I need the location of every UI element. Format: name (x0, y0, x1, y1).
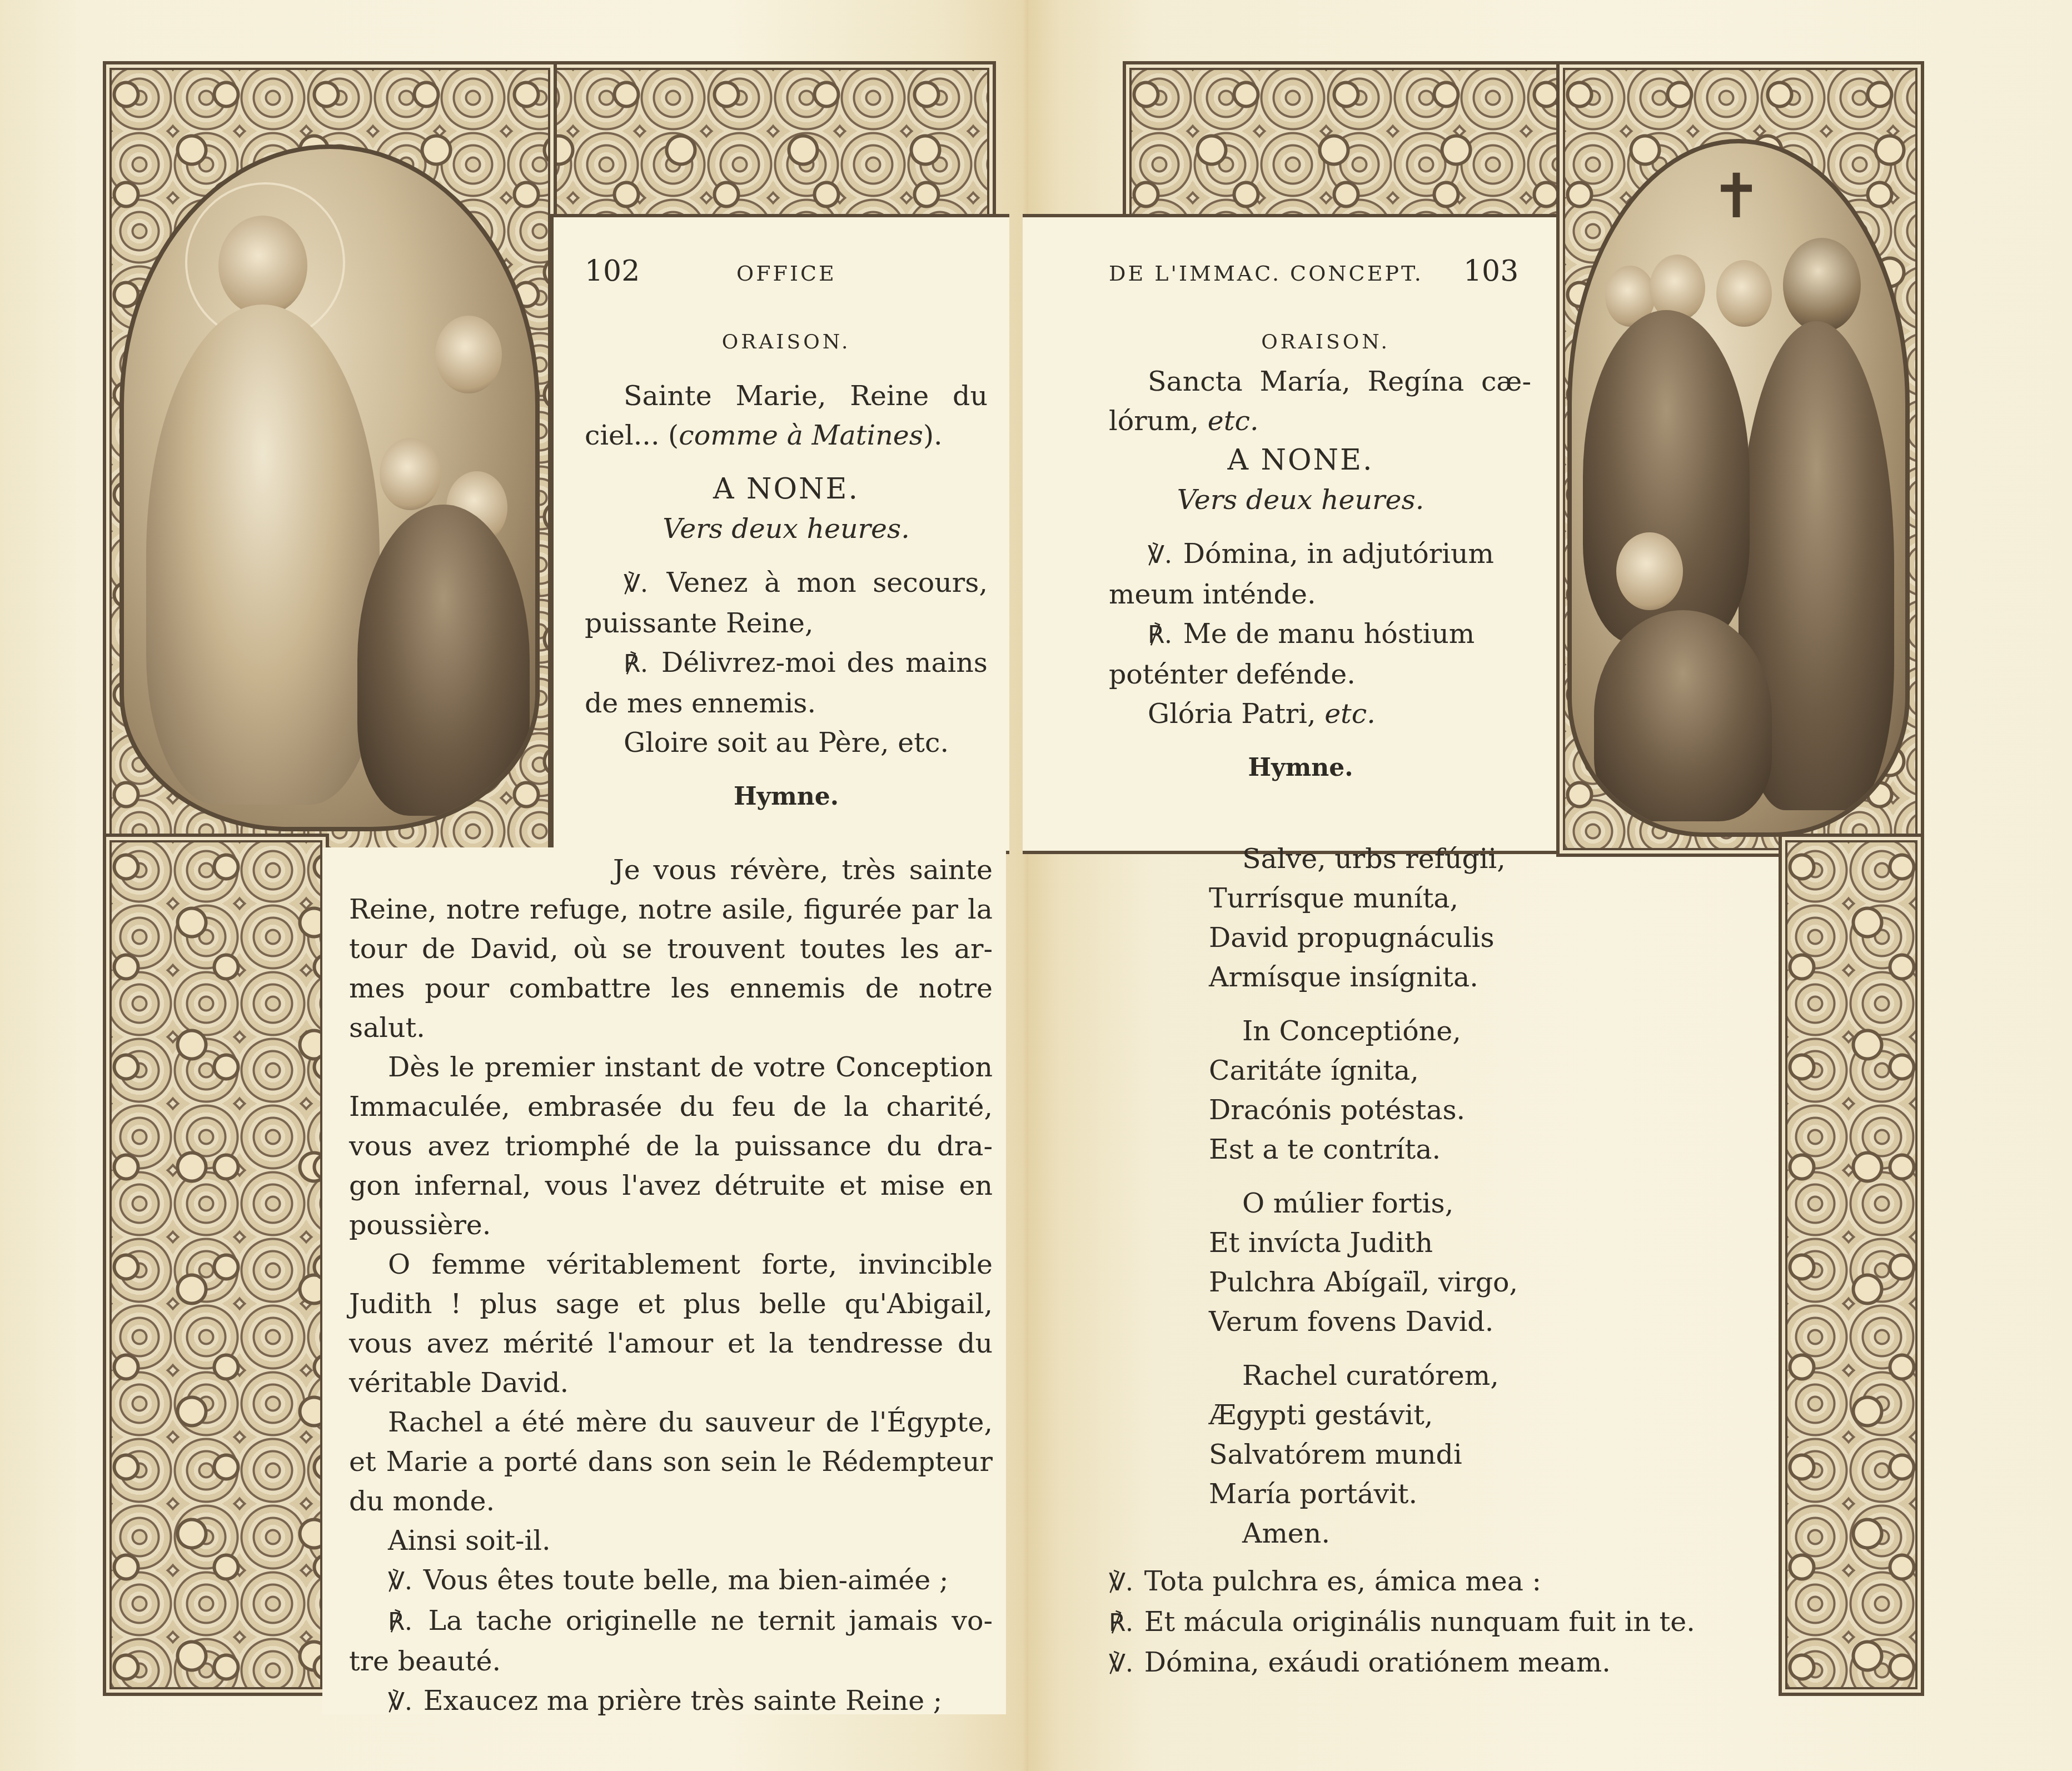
man-figure-head (1716, 260, 1772, 327)
hymn-line: Judith ! plus sage et plus belle qu'Abig… (349, 1284, 993, 1324)
woman-figure-robe (357, 505, 530, 816)
hymn-line: et Marie a porté dans son sein le Rédemp… (349, 1442, 993, 1481)
left-page: 102 OFFICE ORAISON. Sainte Marie, Reine … (0, 0, 1028, 1771)
hymn-line: du monde. (349, 1481, 993, 1521)
left-upper-text: ORAISON. Sainte Marie, Reine du ciel... … (585, 322, 988, 816)
verse-line: Caritáte ígnita, (1209, 1051, 1709, 1090)
versicle-icon: ℣. (388, 1688, 412, 1716)
verse-line: Salvatórem mundi (1209, 1435, 1709, 1474)
versicle-icon: ℣. (388, 1567, 412, 1595)
oraison-line: Sainte Marie, Reine du (585, 376, 988, 416)
left-ornamental-border-side (103, 834, 329, 1696)
saint-figure-head (218, 216, 307, 316)
response-line: ℟. La tache originelle ne ternit jamais … (349, 1601, 993, 1642)
response-line: ℟. Délivrez-moi des mains (585, 643, 988, 684)
oraison-heading: ORAISON. (585, 322, 988, 362)
left-lower-text: Je vous révère, très sainte Reine, notre… (349, 850, 993, 1722)
verse-line: In Conceptióne, (1209, 1011, 1709, 1051)
versicle-line: puissante Reine, (585, 603, 988, 643)
woman-figure-head (380, 438, 441, 510)
versicle-line: ℣. Dómina, exáudi oratiónem meam. (1109, 1643, 1776, 1683)
response-line: de mes ennemis. (585, 684, 988, 723)
versicle-line: meum inténde. (1109, 575, 1542, 614)
hymn-line: Dès le premier instant de votre Concepti… (349, 1047, 993, 1087)
kneeling-man-head (1616, 532, 1683, 610)
response-icon: ℟. (1109, 1609, 1133, 1637)
open-book-spread: 102 OFFICE ORAISON. Sainte Marie, Reine … (0, 0, 2072, 1771)
verse-line: David propugnáculis (1209, 918, 1709, 957)
hymn-line: gon infernal, vous l'avez détruite et mi… (349, 1166, 993, 1205)
versicle-line: ℣. Exaucez ma prière très sainte Reine ; (349, 1681, 993, 1722)
amen-line: Ainsi soit-il. (349, 1521, 993, 1560)
verse-line: María portávit. (1209, 1474, 1709, 1514)
running-head: OFFICE (736, 261, 836, 286)
hymn-line: vous avez mérité l'amour et la tendresse… (349, 1324, 993, 1363)
verse-line: Armísque insígnita. (1209, 957, 1709, 997)
versicle-icon: ℣. (1148, 541, 1172, 569)
versicle-line: ℣. Venez à mon secours, (585, 563, 988, 603)
verse-line: Dracónis potéstas. (1209, 1090, 1709, 1130)
woman-figure-head (435, 316, 502, 393)
right-upper-text: ORAISON. Sancta María, Regína cæ- lórum,… (1109, 322, 1542, 787)
hymn-line: Reine, notre refuge, notre asile, figuré… (349, 890, 993, 929)
crucifix-icon: ✝ (1711, 166, 1762, 227)
right-ornamental-border-side (1779, 834, 1924, 1696)
hymn-line: vous avez triomphé de la puissance du dr… (349, 1126, 993, 1166)
hymn-line: véritable David. (349, 1363, 993, 1403)
saint-figure-robe (146, 305, 380, 805)
hymn-line: salut. (349, 1008, 993, 1047)
verse-line: Ægypti gestávit, (1209, 1395, 1709, 1435)
section-heading: A NONE. (585, 470, 988, 509)
right-closing-versicles: ℣. Tota pulchra es, ámica mea : ℟. Et má… (1109, 1562, 1776, 1683)
hymn-line: mes pour combattre les ennemis de notre (349, 969, 993, 1008)
response-icon: ℟. (624, 650, 648, 678)
versicle-icon: ℣. (1109, 1649, 1133, 1678)
versicle-line: ℣. Vous êtes toute belle, ma bien-aimée … (349, 1560, 993, 1601)
response-icon: ℟. (1148, 621, 1172, 649)
hymn-line: poussière. (349, 1205, 993, 1245)
versicle-icon: ℣. (1109, 1568, 1133, 1597)
versicle-line: ℣. Dómina, in adjutórium (1109, 534, 1542, 575)
gloria-line: Gloire soit au Père, etc. (585, 723, 988, 762)
page-number: 102 (585, 255, 640, 288)
response-line: tre beauté. (349, 1642, 993, 1681)
versicle-line: ℣. Tota pulchra es, ámica mea : (1109, 1562, 1776, 1602)
hymn-line: Rachel a été mère du sauveur de l'Égypte… (349, 1403, 993, 1442)
section-subheading: Vers deux heures. (1109, 480, 1492, 520)
right-hymn-verse: Salve, urbs refúgii, Turrísque muníta, D… (1209, 839, 1709, 1553)
kneeling-man-robe (1594, 610, 1772, 821)
verse-line: Salve, urbs refúgii, (1209, 839, 1709, 879)
hymn-line: tour de David, où se trouvent toutes les… (349, 929, 993, 969)
section-subheading: Vers deux heures. (585, 509, 988, 548)
verse-line: Turrísque muníta, (1209, 879, 1709, 918)
response-line: ℟. Me de manu hóstium (1109, 614, 1542, 655)
verse-line: Verum fovens David. (1209, 1302, 1709, 1341)
hymn-line: Immaculée, embrasée du feu de la charité… (349, 1087, 993, 1126)
response-line: poténter defénde. (1109, 655, 1542, 694)
gloria-line: Glória Patri, etc. (1109, 694, 1542, 734)
response-line: ℟. Et mácula originális nunquam fuit in … (1109, 1602, 1776, 1643)
versicle-icon: ℣. (624, 570, 648, 598)
hymn-line: Je vous révère, très sainte (349, 850, 993, 890)
left-illustration-engraving (119, 144, 540, 831)
oraison-line: lórum, etc. (1109, 401, 1542, 441)
section-heading: A NONE. (1109, 441, 1492, 480)
hymn-heading: Hymne. (585, 777, 988, 816)
verse-line: O múlier fortis, (1209, 1184, 1709, 1223)
hymn-heading: Hymne. (1109, 748, 1492, 787)
bearded-man-head (1783, 238, 1861, 332)
right-illustration-engraving: ✝ (1567, 139, 1910, 837)
page-number: 103 (1463, 255, 1518, 288)
running-head: DE L'IMMAC. CONCEPT. (1109, 261, 1423, 286)
right-page: ✝ DE L'IMMAC. CONCEPT. 103 ORAISON. Sanc… (1028, 0, 2072, 1771)
amen-line: Amen. (1209, 1514, 1709, 1553)
oraison-heading: ORAISON. (1109, 322, 1542, 362)
response-icon: ℟. (388, 1608, 412, 1636)
verse-line: Rachel curatórem, (1209, 1356, 1709, 1395)
verse-line: Est a te contríta. (1209, 1130, 1709, 1169)
oraison-line: ciel... (comme à Matines). (585, 416, 988, 455)
verse-line: Et invícta Judith (1209, 1223, 1709, 1263)
oraison-line: Sancta María, Regína cæ- (1109, 362, 1531, 401)
hymn-line: O femme véritablement forte, invincible (349, 1245, 993, 1284)
verse-line: Pulchra Abígaïl, virgo, (1209, 1263, 1709, 1302)
